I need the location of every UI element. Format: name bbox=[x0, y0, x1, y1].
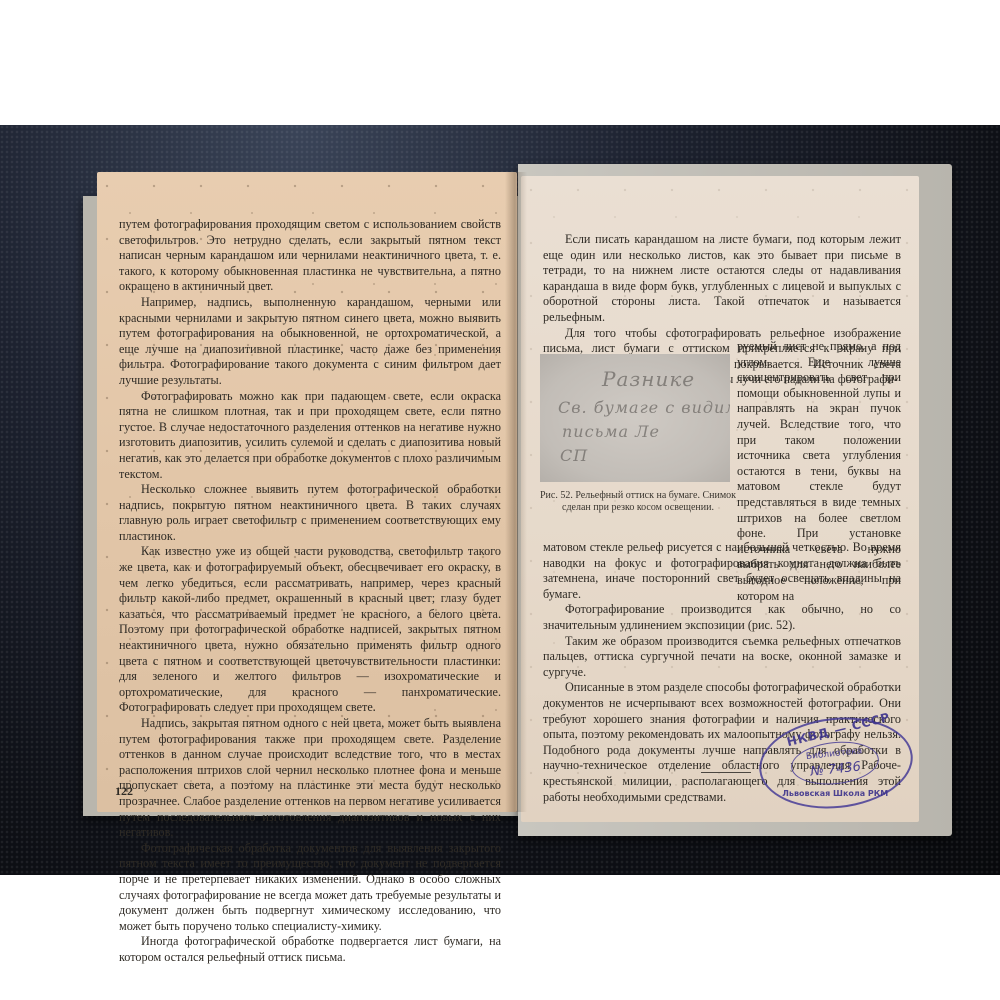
paragraph: Фотографировать можно как при падающем с… bbox=[119, 389, 501, 483]
figure-52: Разнике Св. бумаге с видим письма Ле СП … bbox=[538, 354, 743, 514]
page-number: 122 bbox=[115, 784, 133, 800]
figure-photo-relief-impression: Разнике Св. бумаге с видим письма Ле СП bbox=[540, 354, 730, 482]
photo-scribble: СП bbox=[560, 448, 588, 464]
paragraph: Надпись, закрытая пятном одного с ней цв… bbox=[119, 716, 501, 841]
paragraph: Иногда фотографической обработке подверг… bbox=[119, 934, 501, 965]
photo-scribble: письма Ле bbox=[562, 424, 660, 440]
left-page-body: путем фотографирования проходящим светом… bbox=[119, 217, 501, 966]
paragraph: путем фотографирования проходящим светом… bbox=[119, 217, 501, 295]
paragraph: матовом стекле рельеф рисуется с наиболь… bbox=[543, 540, 901, 602]
right-page: Если писать карандашом на листе бумаги, … bbox=[521, 176, 919, 822]
paragraph: Фотографическая обработка документов для… bbox=[119, 841, 501, 935]
paragraph: Таким же образом производится съемка рел… bbox=[543, 634, 901, 681]
paragraph: Несколько сложнее выявить путем фотограф… bbox=[119, 482, 501, 544]
photo-scribble: Св. бумаге с видим bbox=[558, 400, 730, 416]
left-page: путем фотографирования проходящим светом… bbox=[97, 172, 517, 812]
paragraph: Если писать карандашом на листе бумаги, … bbox=[543, 232, 901, 326]
book-gutter bbox=[505, 172, 527, 812]
photo-scribble: Разнике bbox=[602, 372, 695, 388]
paragraph: Как известно уже из общей части руководс… bbox=[119, 544, 501, 716]
section-end-rule bbox=[701, 772, 751, 773]
figure-caption: Рис. 52. Рельефный оттиск на бумаге. Сни… bbox=[538, 490, 738, 514]
paragraph: Фотографирование производится как обычно… bbox=[543, 602, 901, 633]
stamp-bottom-text: Львовская Школа РКМ bbox=[782, 786, 888, 802]
paragraph: Например, надпись, выполненную карандашо… bbox=[119, 295, 501, 389]
